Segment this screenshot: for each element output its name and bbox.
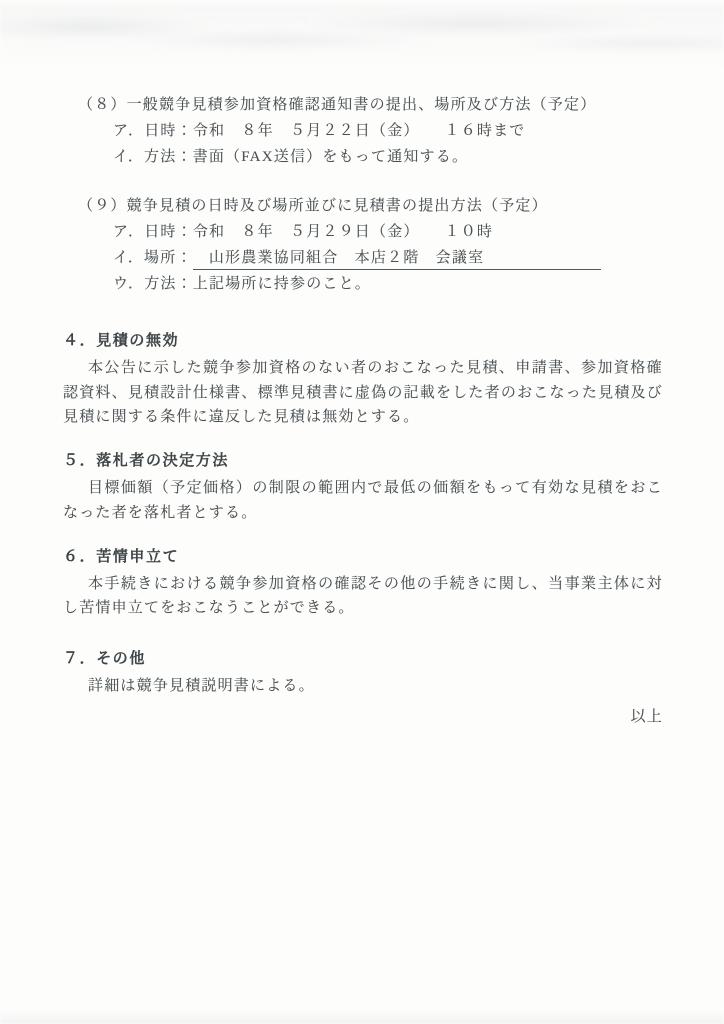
place-underline-value: 山形農業協同組合 本店２階 会議室 [193, 247, 601, 270]
section-6-heading: ６．苦情申立て [63, 546, 663, 568]
document-content: （８）一般競争見積参加資格確認通知書の提出、場所及び方法（予定） ア．日時：令和… [63, 92, 663, 729]
section-9-item-method: ウ．方法：上記場所に持参のこと。 [113, 271, 663, 297]
section-4-heading: ４．見積の無効 [63, 330, 663, 352]
section-9: （９）競争見積の日時及び場所並びに見積書の提出方法（予定） ア．日時：令和 ８年… [78, 193, 663, 297]
section-8-item-datetime: ア．日時：令和 ８年 ５月２２日（金） １６時まで [113, 118, 663, 144]
place-label: イ．場所： [113, 250, 193, 266]
section-4: ４．見積の無効 本公告に示した競争参加資格のない者のおこなった見積、申請書、参加… [63, 330, 663, 430]
section-9-item-datetime: ア．日時：令和 ８年 ５月２９日（金） １０時 [113, 219, 663, 245]
scan-noise-bottom [0, 1010, 724, 1024]
section-6: ６．苦情申立て 本手続きにおける競争参加資格の確認その他の手続きに関し、当事業主… [63, 546, 663, 621]
section-5: ５．落札者の決定方法 目標価額（予定価格）の制限の範囲内で最低の価額をもって有効… [63, 450, 663, 525]
section-7: ７．その他 詳細は競争見積説明書による。 [63, 648, 663, 699]
section-4-body: 本公告に示した競争参加資格のない者のおこなった見積、申請書、参加資格確認資料、見… [63, 356, 663, 430]
section-5-heading: ５．落札者の決定方法 [63, 450, 663, 472]
section-6-body: 本手続きにおける競争参加資格の確認その他の手続きに関し、当事業主体に対し苦情申立… [63, 572, 663, 621]
section-9-heading: （９）競争見積の日時及び場所並びに見積書の提出方法（予定） [78, 193, 663, 219]
section-8: （８）一般競争見積参加資格確認通知書の提出、場所及び方法（予定） ア．日時：令和… [78, 92, 663, 170]
scanned-document-page: （８）一般競争見積参加資格確認通知書の提出、場所及び方法（予定） ア．日時：令和… [0, 0, 724, 1024]
section-5-body: 目標価額（予定価格）の制限の範囲内で最低の価額をもって有効な見積をおこなった者を… [63, 476, 663, 525]
scan-noise-top [0, 4, 724, 70]
section-8-item-method: イ．方法：書面（FAX送信）をもって通知する。 [113, 144, 663, 170]
section-7-heading: ７．その他 [63, 648, 663, 670]
section-9-item-place: イ．場所： 山形農業協同組合 本店２階 会議室 [113, 245, 663, 271]
closing-text: 以上 [63, 705, 663, 729]
section-8-heading: （８）一般競争見積参加資格確認通知書の提出、場所及び方法（予定） [78, 92, 663, 118]
section-7-body: 詳細は競争見積説明書による。 [63, 674, 663, 699]
